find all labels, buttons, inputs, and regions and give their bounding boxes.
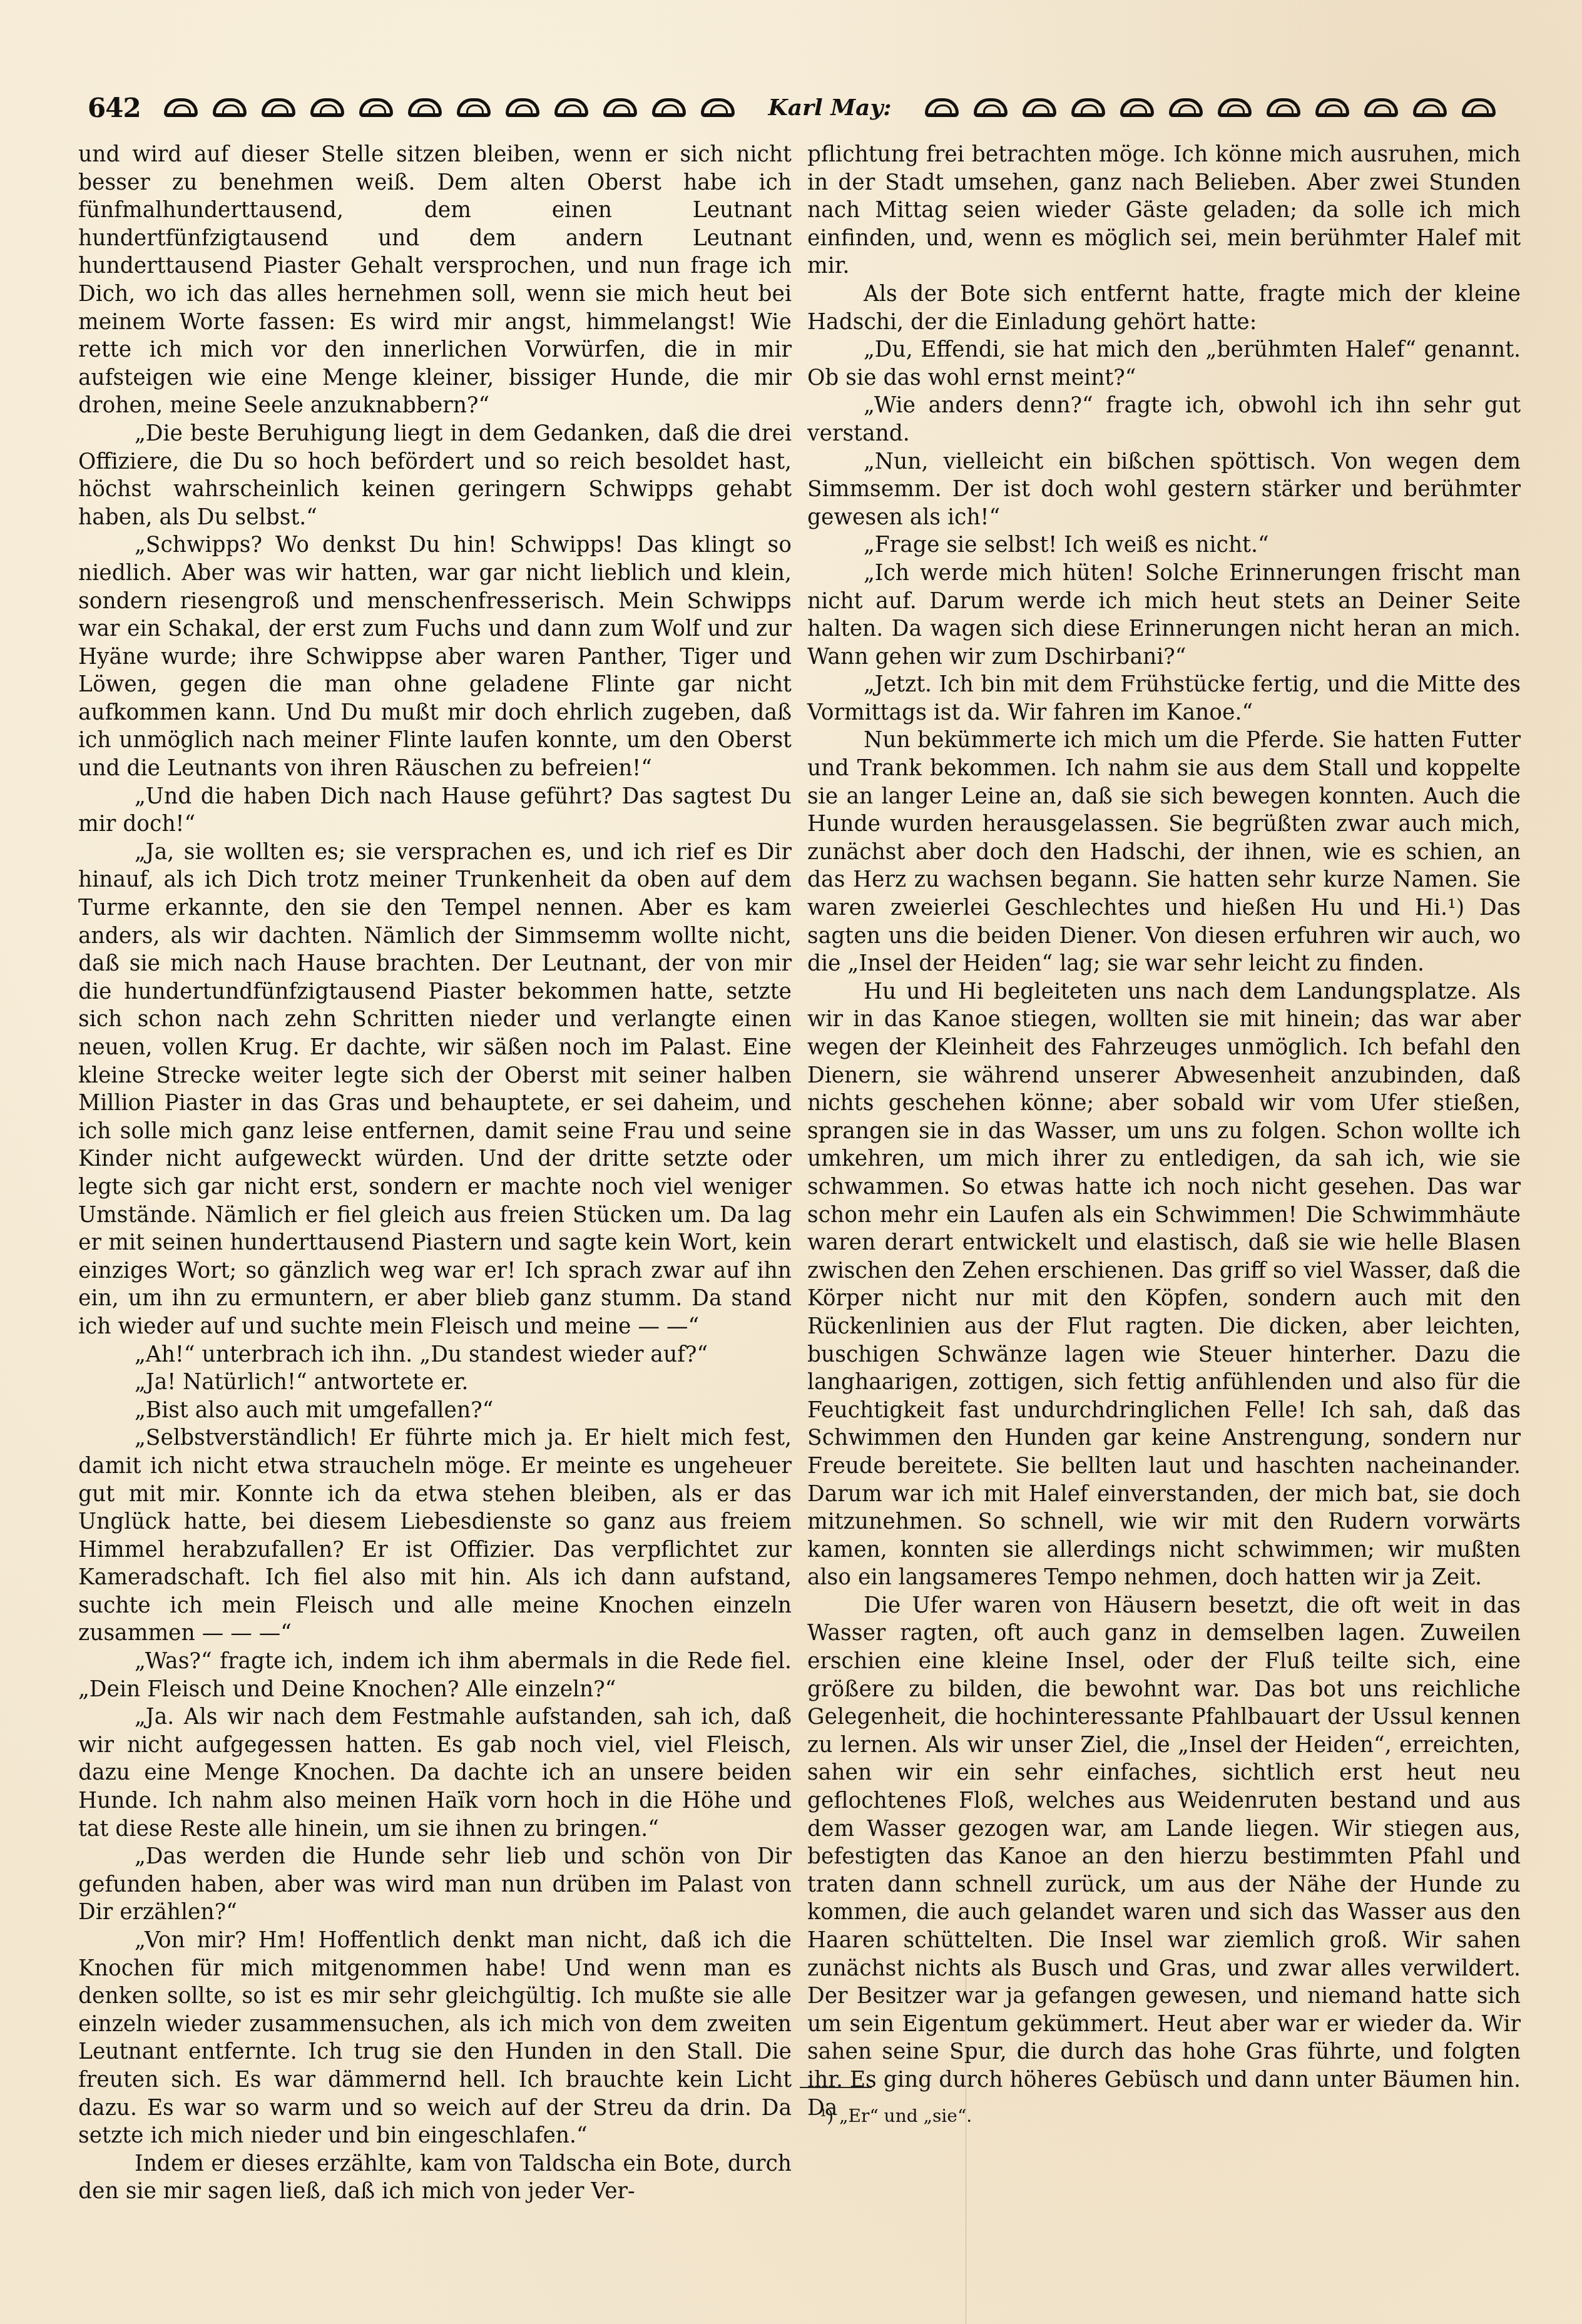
paper-fold-line xyxy=(966,1965,966,2324)
paragraph: „Jetzt. Ich bin mit dem Frühstücke ferti… xyxy=(807,671,1521,726)
paragraph: „Selbstverständlich! Er führte mich ja. … xyxy=(78,1424,792,1648)
paragraph: „Ja! Natürlich!“ antwortete er. xyxy=(78,1368,792,1397)
paragraph: „Das werden die Hunde sehr lieb und schö… xyxy=(78,1843,792,1927)
page-header: 642 Karl May: xyxy=(88,89,1496,126)
paragraph: „Bist also auch mit umgefallen?“ xyxy=(78,1397,792,1425)
scroll-ornament-icon xyxy=(1218,98,1252,117)
text-column-left: und wird auf dieser Stelle sitzen bleibe… xyxy=(78,141,792,2206)
scroll-ornament-icon xyxy=(213,98,247,117)
paragraph: „Was?“ fragte ich, indem ich ihm abermal… xyxy=(78,1648,792,1703)
scroll-ornament-icon xyxy=(164,98,198,117)
paragraph: „Schwipps? Wo denkst Du hin! Schwipps! D… xyxy=(78,531,792,782)
scroll-ornament-icon xyxy=(1120,98,1154,117)
scroll-ornament-icon xyxy=(1462,98,1496,117)
scroll-ornament-icon xyxy=(652,98,686,117)
scroll-ornament-icon xyxy=(1315,98,1349,117)
paragraph: „Die beste Beruhigung liegt in dem Gedan… xyxy=(78,420,792,531)
scroll-ornament-icon xyxy=(1364,98,1398,117)
newspaper-page: 642 Karl May: und wird auf dieser Stelle… xyxy=(0,0,1582,2324)
paragraph: „Wie anders denn?“ fragte ich, obwohl ic… xyxy=(807,392,1521,447)
paragraph: „Ja. Als wir nach dem Festmahle aufstand… xyxy=(78,1703,792,1843)
scroll-ornament-icon xyxy=(1413,98,1447,117)
paragraph: Indem er dieses erzählte, kam von Taldsc… xyxy=(78,2150,792,2206)
scroll-ornament-icon xyxy=(457,98,491,117)
scroll-ornament-icon xyxy=(925,98,959,117)
paragraph: pflichtung frei betrachten möge. Ich kön… xyxy=(807,141,1521,280)
paragraph: Die Ufer waren von Häusern besetzt, die … xyxy=(807,1592,1521,2122)
scroll-ornament-icon xyxy=(310,98,344,117)
paragraph: „Und die haben Dich nach Hause geführt? … xyxy=(78,783,792,838)
paragraph: „Frage sie selbst! Ich weiß es nicht.“ xyxy=(807,531,1521,559)
scroll-ornament-icon xyxy=(701,98,735,117)
paragraph: „Du, Effendi, sie hat mich den „berühmte… xyxy=(807,336,1521,392)
scroll-ornament-icon xyxy=(1071,98,1105,117)
scroll-ornament-icon xyxy=(262,98,295,117)
ornament-row-left xyxy=(164,98,735,117)
running-head-author: Karl May: xyxy=(768,94,891,121)
footnote-divider xyxy=(800,2087,872,2088)
scroll-ornament-icon xyxy=(359,98,393,117)
paragraph: Als der Bote sich entfernt hatte, fragte… xyxy=(807,280,1521,336)
paragraph: Nun bekümmerte ich mich um die Pferde. S… xyxy=(807,726,1521,977)
page-number: 642 xyxy=(88,93,141,123)
footnote: ¹) „Er“ und „sie“. xyxy=(820,2106,972,2126)
scroll-ornament-icon xyxy=(554,98,588,117)
scroll-ornament-icon xyxy=(1267,98,1300,117)
paragraph: „Von mir? Hm! Hoffentlich denkt man nich… xyxy=(78,1927,792,2150)
text-column-right: pflichtung frei betrachten möge. Ich kön… xyxy=(807,141,1521,2122)
paragraph: „Ich werde mich hüten! Solche Erinnerung… xyxy=(807,559,1521,671)
paragraph: „Nun, vielleicht ein bißchen spöttisch. … xyxy=(807,448,1521,532)
scroll-ornament-icon xyxy=(603,98,637,117)
paragraph: Hu und Hi begleiteten uns nach dem Landu… xyxy=(807,978,1521,1592)
paragraph: und wird auf dieser Stelle sitzen bleibe… xyxy=(78,141,792,420)
scroll-ornament-icon xyxy=(1169,98,1203,117)
scroll-ornament-icon xyxy=(408,98,442,117)
ornament-row-right xyxy=(925,98,1496,117)
paragraph: „Ja, sie wollten es; sie versprachen es,… xyxy=(78,838,792,1341)
paragraph: „Ah!“ unterbrach ich ihn. „Du standest w… xyxy=(78,1341,792,1369)
scroll-ornament-icon xyxy=(506,98,539,117)
scroll-ornament-icon xyxy=(974,98,1008,117)
scroll-ornament-icon xyxy=(1023,98,1056,117)
